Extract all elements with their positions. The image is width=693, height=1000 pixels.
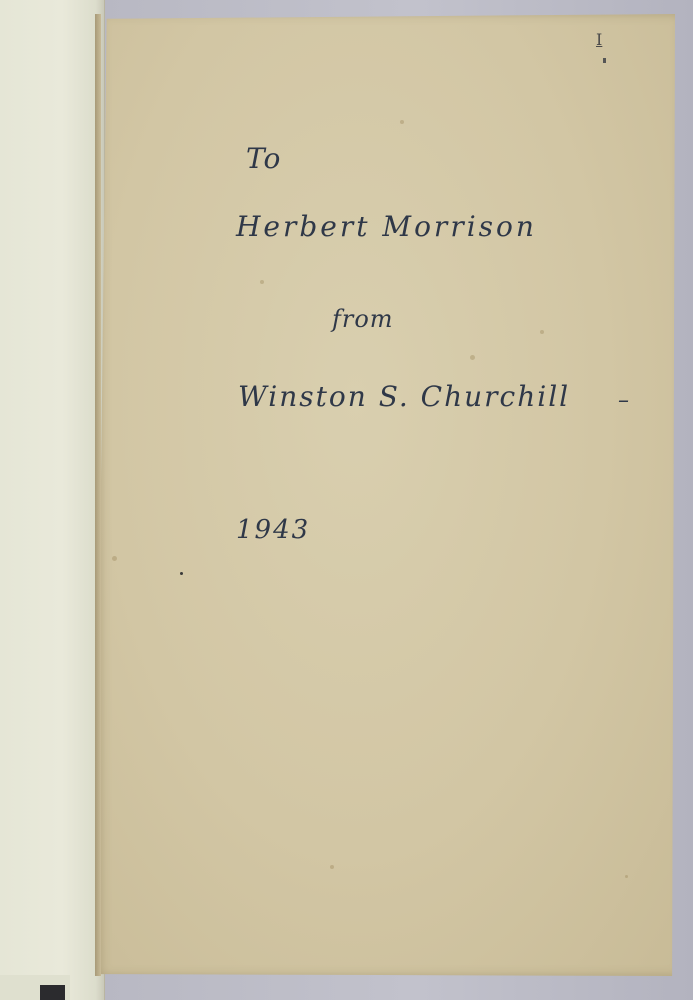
inscription-recipient: Herbert Morrison	[236, 210, 537, 243]
ink-dot	[180, 572, 183, 575]
page-number: I	[596, 32, 602, 48]
page-number-mark	[603, 58, 606, 63]
inscription-dash: –	[618, 388, 630, 413]
right-page	[95, 14, 675, 976]
inscription-year: 1943	[236, 515, 310, 545]
page-gutter-edge	[95, 14, 101, 976]
foxing-spot	[260, 280, 264, 284]
inscription-to: To	[246, 142, 281, 175]
left-page	[0, 0, 105, 1000]
foxing-spot	[625, 875, 628, 878]
foxing-spot	[330, 865, 334, 869]
inscription-signature: Winston S. Churchill	[238, 380, 570, 413]
foxing-spot	[470, 355, 475, 360]
spine-shadow	[40, 985, 65, 1000]
foxing-spot	[400, 120, 404, 124]
foxing-spot	[112, 556, 117, 561]
foxing-spot	[540, 330, 544, 334]
inscription-from: from	[332, 305, 394, 333]
